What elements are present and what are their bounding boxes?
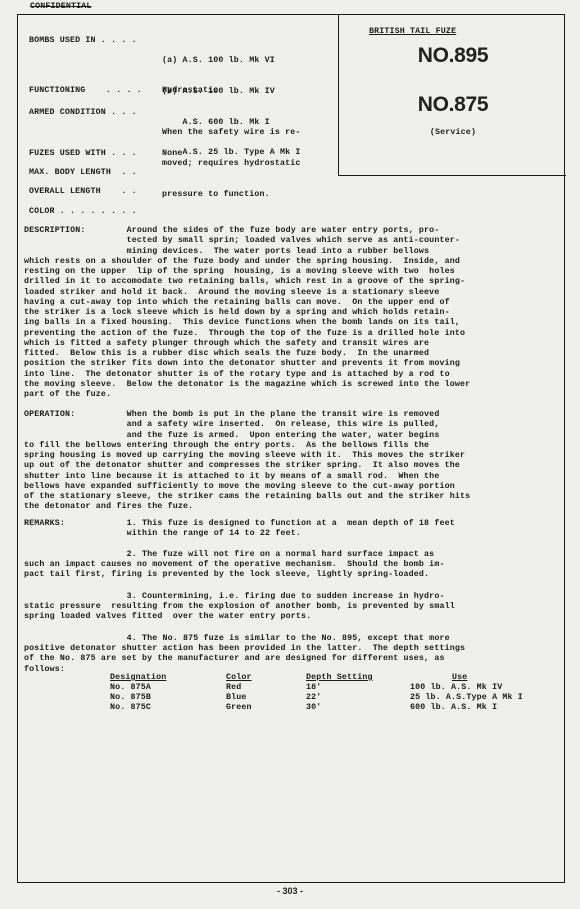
text-line: pact tail first, firing is prevented by … xyxy=(24,570,564,580)
text-line: and the fuze is armed. Upon entering the… xyxy=(24,431,564,441)
text-line: spring housing is moved up carrying the … xyxy=(24,451,564,461)
table-cell: 100 lb. A.S. Mk IV xyxy=(410,683,502,693)
text-line: bellows have expanded sufficiently to mo… xyxy=(24,482,564,492)
table-cell: Red xyxy=(226,683,241,693)
fuze-number-secondary: NO.875 xyxy=(339,93,567,117)
bomb-line: (a) A.S. 100 lb. Mk VI xyxy=(162,56,300,66)
text-line: within the range of 14 to 22 feet. xyxy=(24,529,564,539)
field-label-functioning: FUNCTIONING . . . . xyxy=(29,86,142,96)
text-line: having a cut-away top into which the ret… xyxy=(24,298,564,308)
table-header-cell: Depth Setting xyxy=(306,673,373,683)
table-cell: Blue xyxy=(226,693,247,703)
text-line: the detonator and fires the fuze. xyxy=(24,502,564,512)
table-cell: No. 875B xyxy=(110,693,151,703)
text-line: drilled in it to accomodate two retainin… xyxy=(24,277,564,287)
armed-line: pressure to function. xyxy=(162,190,300,200)
text-line: 2. The fuze will not fire on a normal ha… xyxy=(24,550,564,560)
text-line: such an impact causes no movement of the… xyxy=(24,560,564,570)
remark-2: 2. The fuze will not fire on a normal ha… xyxy=(24,550,564,581)
fuze-type-heading: BRITISH TAIL FUZE xyxy=(369,27,456,37)
text-line: fitted. Below this is a rubber disc whic… xyxy=(24,349,564,359)
table-header-cell: Color xyxy=(226,673,252,683)
table-cell: 600 lb. A.S. Mk I xyxy=(410,703,497,713)
text-line: Around the sides of the fuze body are wa… xyxy=(24,226,564,236)
remark-3: 3. Countermining, i.e. firing due to sud… xyxy=(24,592,564,623)
text-line: the striker is a lock sleeve which is he… xyxy=(24,308,564,318)
text-line: into line. The detonator shutter is of t… xyxy=(24,370,564,380)
table-cell: No. 875A xyxy=(110,683,151,693)
field-label-max-body-length: MAX. BODY LENGTH . . xyxy=(29,168,137,178)
text-line: preventing the action of the fuze. Throu… xyxy=(24,329,564,339)
text-line: part of the fuze. xyxy=(24,390,564,400)
text-line: of the stationary sleeve, the striker ca… xyxy=(24,492,564,502)
field-value-fuzes-used-with: None xyxy=(162,149,183,159)
text-line: position the striker fits down into the … xyxy=(24,359,564,369)
table-cell: 25 lb. A.S.Type A Mk I xyxy=(410,693,523,703)
armed-line: moved; requires hydrostatic xyxy=(162,159,300,169)
text-line: to fill the bellows entering through the… xyxy=(24,441,564,451)
table-cell: Green xyxy=(226,703,252,713)
table-cell: 22' xyxy=(306,693,321,703)
text-line: spring loaded valves fitted over the wat… xyxy=(24,612,564,622)
field-value-armed-condition: When the safety wire is re- moved; requi… xyxy=(162,108,300,210)
table-header-cell: Designation xyxy=(110,673,166,683)
text-line: tected by small sprin; loaded valves whi… xyxy=(24,236,564,246)
text-line: which is fitted a safety plunger through… xyxy=(24,339,564,349)
text-line: 4. The No. 875 fuze is similar to the No… xyxy=(24,634,564,644)
operation-text: When the bomb is put in the plane the tr… xyxy=(24,410,564,513)
table-cell: No. 875C xyxy=(110,703,151,713)
page-number: - 303 - xyxy=(0,886,580,896)
table-header-cell: Use xyxy=(452,673,467,683)
text-line: of the No. 875 are set by the manufactur… xyxy=(24,654,564,664)
text-line: positive detonator shutter action has be… xyxy=(24,644,564,654)
fuze-number-primary: NO.895 xyxy=(339,44,567,68)
text-line: which rests on a shoulder of the fuze bo… xyxy=(24,257,564,267)
text-line: the moving sleeve. Below the detonator i… xyxy=(24,380,564,390)
text-line: loaded striker and hold it back. Around … xyxy=(24,288,564,298)
text-line: 1. This fuze is designed to function at … xyxy=(24,519,564,529)
field-label-fuzes-used-with: FUZES USED WITH . . . xyxy=(29,149,137,159)
table-cell: 30' xyxy=(306,703,321,713)
text-line: follows: xyxy=(24,665,564,675)
text-line: static pressure resulting from the explo… xyxy=(24,602,564,612)
text-line: shutter into line because it is attached… xyxy=(24,472,564,482)
field-label-color: COLOR . . . . . . . . xyxy=(29,207,137,217)
fuze-status: (Service) xyxy=(339,128,567,138)
text-line: up out of the detonator shutter and comp… xyxy=(24,461,564,471)
field-label-bombs-used-in: BOMBS USED IN . . . . xyxy=(29,36,137,46)
text-line: When the bomb is put in the plane the tr… xyxy=(24,410,564,420)
field-value-functioning: Hydrostatic xyxy=(162,86,218,96)
description-text: Around the sides of the fuze body are wa… xyxy=(24,226,564,400)
text-line: and a safety wire inserted. On release, … xyxy=(24,420,564,430)
classification-marking: CONFIDENTIAL xyxy=(30,2,92,12)
field-label-overall-length: OVERALL LENGTH . . xyxy=(29,187,137,197)
field-label-armed-condition: ARMED CONDITION . . . xyxy=(29,108,137,118)
remark-1: 1. This fuze is designed to function at … xyxy=(24,519,564,539)
text-line: 3. Countermining, i.e. firing due to sud… xyxy=(24,592,564,602)
armed-line: When the safety wire is re- xyxy=(162,128,300,138)
text-line: ing balls in a fixed housing. This devic… xyxy=(24,318,564,328)
remark-4: 4. The No. 875 fuze is similar to the No… xyxy=(24,634,564,675)
table-cell: 18' xyxy=(306,683,321,693)
text-line: mining devices. The water ports lead int… xyxy=(24,247,564,257)
title-box: BRITISH TAIL FUZE NO.895 NO.875 (Service… xyxy=(338,14,566,176)
text-line: resting on the upper lip of the spring h… xyxy=(24,267,564,277)
